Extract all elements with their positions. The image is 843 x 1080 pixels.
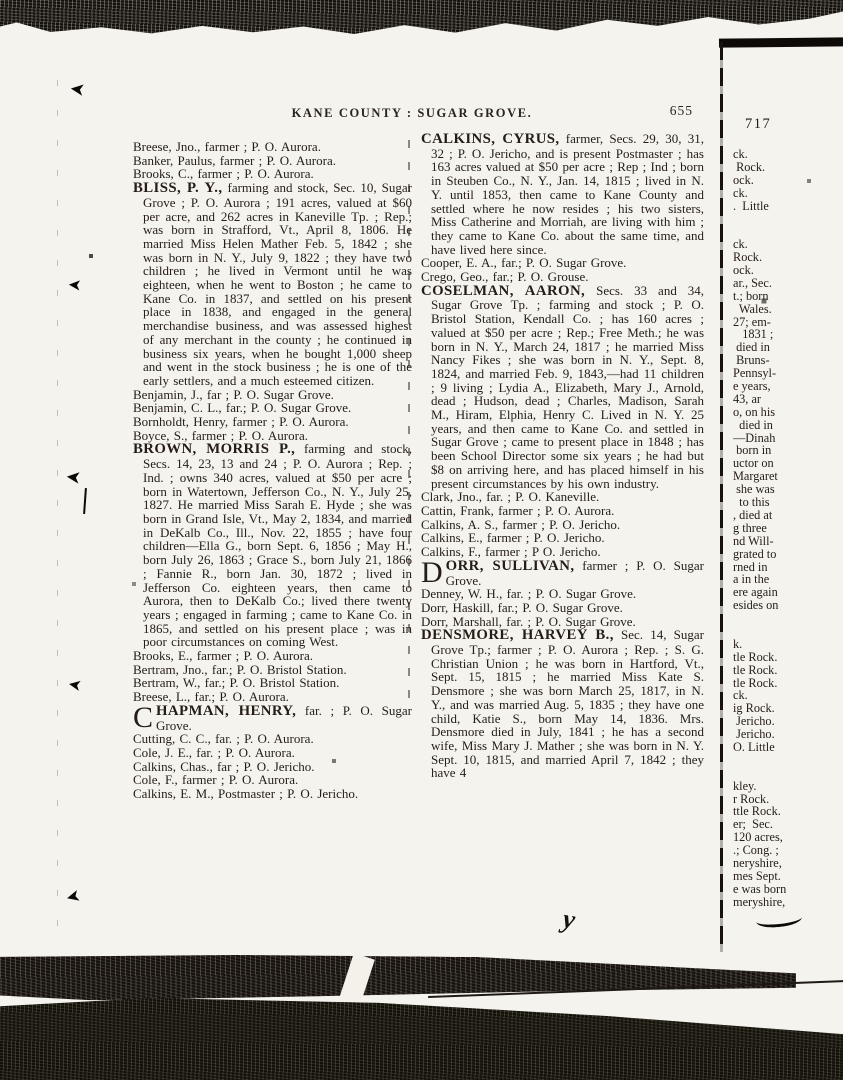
scanned-book-page: KANE COUNTY : SUGAR GROVE. 655 Breese, J… — [0, 0, 843, 1080]
adjacent-page-text-fragment: Wales. — [733, 303, 839, 316]
adjacent-page-text-fragment: e years, — [733, 380, 839, 393]
adjacent-page-text-fragment — [733, 767, 839, 780]
adjacent-page-column: ck. Rock.ock.ck.. Little ck.Rock.ock.ar.… — [733, 148, 839, 909]
adjacent-page-text-fragment: ck. — [733, 187, 839, 200]
adjacent-page-text-fragment: er; Sec. — [733, 818, 839, 831]
entry-text: Secs. 33 and 34, Sugar Grove Tp. ; farmi… — [431, 283, 704, 491]
adjacent-page-text-fragment: Bruns- — [733, 354, 839, 367]
biography-entry: CHAPMAN, HENRY, far. ; P. O. Sugar Grove… — [133, 704, 412, 732]
entry-name: HAPMAN, HENRY, — [156, 703, 296, 719]
adjacent-page-text-fragment — [733, 625, 839, 638]
entry-name: BROWN, MORRIS P., — [133, 441, 295, 457]
directory-entry: Benjamin, C. L., far.; P. O. Sugar Grove… — [133, 401, 412, 415]
adjacent-page-text-fragment: Pennsyl- — [733, 367, 839, 380]
entry-text: Sec. 14, Sugar Grove Tp.; farmer ; P. O.… — [431, 627, 704, 780]
adjacent-page-text-fragment: ck. — [733, 689, 839, 702]
directory-entry: Cooper, E. A., far.; P. O. Sugar Grove. — [421, 256, 704, 270]
adjacent-page-text-fragment: . Little — [733, 200, 839, 213]
adjacent-page-text-fragment: .; Cong. ; — [733, 844, 839, 857]
directory-entry: Calkins, F., farmer ; P O. Jericho. — [421, 545, 704, 559]
adjacent-page-text-fragment: r Rock. — [733, 793, 839, 806]
adjacent-page-text-fragment: born in — [733, 444, 839, 457]
adjacent-page-text-fragment: a in the — [733, 573, 839, 586]
adjacent-page-text-fragment: 1831 ; — [733, 328, 839, 341]
adjacent-page-text-fragment: Jericho. — [733, 728, 839, 741]
adjacent-page-top-border — [719, 37, 843, 47]
entry-text: farming and stock, Sec. 10, Sugar Grove … — [143, 180, 412, 388]
adjacent-page-text-fragment: Rock. — [733, 161, 839, 174]
directory-entry: Clark, Jno., far. ; P. O. Kaneville. — [421, 490, 704, 504]
adjacent-page-text-fragment: ar., Sec. — [733, 277, 839, 290]
directory-entry: Breese, Jno., farmer ; P. O. Aurora. — [133, 140, 412, 154]
adjacent-page-text-fragment — [733, 212, 839, 225]
adjacent-page-text-fragment: kley. — [733, 780, 839, 793]
ink-mark-tail — [83, 488, 87, 514]
ink-mark-icon: ➤ — [64, 887, 82, 907]
entry-name: COSELMAN, AARON, — [421, 283, 585, 299]
directory-entry: Brooks, C., farmer ; P. O. Aurora. — [133, 167, 412, 181]
directory-entry: Cattin, Frank, farmer ; P. O. Aurora. — [421, 504, 704, 518]
entry-text: farmer, Secs. 29, 30, 31, 32 ; P. O. Jer… — [431, 131, 704, 257]
adjacent-page-text-fragment: Jericho. — [733, 715, 839, 728]
biography-entry: COSELMAN, AARON, Secs. 33 and 34, Sugar … — [421, 284, 704, 491]
adjacent-page-text-fragment: nd Will- — [733, 535, 839, 548]
ink-mark-icon: ➤ — [65, 467, 82, 486]
directory-entry: Calkins, E., farmer ; P. O. Jericho. — [421, 531, 704, 545]
adjacent-page-text-fragment: ck. — [733, 148, 839, 161]
adjacent-page-text-fragment: k. — [733, 638, 839, 651]
adjacent-page-text-fragment: Margaret — [733, 470, 839, 483]
directory-entry: Denney, W. H., far. ; P. O. Sugar Grove. — [421, 587, 704, 601]
directory-entry: Cole, F., farmer ; P. O. Aurora. — [133, 773, 412, 787]
directory-entry: Banker, Paulus, farmer ; P. O. Aurora. — [133, 154, 412, 168]
directory-entry: Cutting, C. C., far. ; P. O. Aurora. — [133, 732, 412, 746]
adjacent-page-text-fragment: rned in — [733, 561, 839, 574]
pen-stroke-mark-icon: y — [561, 905, 577, 934]
running-title: KANE COUNTY : SUGAR GROVE. — [292, 106, 533, 120]
adjacent-page-text-fragment: ttle Rock. — [733, 805, 839, 818]
binding-gutter-shadow — [57, 80, 58, 940]
adjacent-page-number: 717 — [745, 116, 771, 133]
adjacent-page-text-fragment: e was born — [733, 883, 839, 896]
adjacent-page-text-fragment: 43, ar — [733, 393, 839, 406]
adjacent-page-text-fragment — [733, 754, 839, 767]
adjacent-page-text-fragment: g three — [733, 522, 839, 535]
adjacent-page-text-fragment: —Dinah — [733, 432, 839, 445]
page-header: KANE COUNTY : SUGAR GROVE. 655 — [133, 104, 691, 122]
adjacent-page-text-fragment: ock. — [733, 174, 839, 187]
adjacent-page-text-fragment: tle Rock. — [733, 664, 839, 677]
directory-entry: Dorr, Haskill, far.; P. O. Sugar Grove. — [421, 601, 704, 615]
adjacent-page-text-fragment: 120 acres, — [733, 831, 839, 844]
directory-entry: Dorr, Marshall, far. ; P. O. Sugar Grove… — [421, 615, 704, 629]
directory-entry: Cole, J. E., far. ; P. O. Aurora. — [133, 746, 412, 760]
entry-name: BLISS, P. Y., — [133, 180, 222, 196]
ink-swoosh-mark-icon — [755, 910, 802, 930]
adjacent-page-text-fragment: to this — [733, 496, 839, 509]
biography-entry: BLISS, P. Y., farming and stock, Sec. 10… — [133, 181, 412, 388]
directory-entry: Breese, L., far.; P. O. Aurora. — [133, 690, 412, 704]
adjacent-page-text-fragment: t.; born — [733, 290, 839, 303]
adjacent-page-text-fragment: died in — [733, 341, 839, 354]
adjacent-page-text-fragment: grated to — [733, 548, 839, 561]
adjacent-page-text-fragment: , died at — [733, 509, 839, 522]
adjacent-page-text-fragment: died in — [733, 419, 839, 432]
adjacent-page-text-fragment: o, on his — [733, 406, 839, 419]
adjacent-page-text-fragment: tle Rock. — [733, 677, 839, 690]
adjacent-page-text-fragment: esides on — [733, 599, 839, 612]
adjacent-page-text-fragment: O. Little — [733, 741, 839, 754]
adjacent-page-text-fragment: neryshire, — [733, 857, 839, 870]
directory-entry: Boyce, S., farmer ; P. O. Aurora. — [133, 429, 412, 443]
adjacent-page-text-fragment: tle Rock. — [733, 651, 839, 664]
directory-entry: Benjamin, J., far ; P. O. Sugar Grove. — [133, 388, 412, 402]
adjacent-page-text-fragment: meryshire, — [733, 896, 839, 909]
drop-cap-initial: C — [133, 704, 156, 730]
biography-entry: DENSMORE, HARVEY B., Sec. 14, Sugar Grov… — [421, 628, 704, 780]
directory-entry: Bornholdt, Henry, farmer ; P. O. Aurora. — [133, 415, 412, 429]
entry-name: ORR, SULLIVAN, — [446, 558, 575, 574]
adjacent-page-text-fragment: Rock. — [733, 251, 839, 264]
biography-entry: BROWN, MORRIS P., farming and stock, Sec… — [133, 442, 412, 649]
directory-entry: Calkins, E. M., Postmaster ; P. O. Jeric… — [133, 787, 412, 801]
scan-top-edge-artifact — [0, 0, 843, 34]
directory-entry: Bertram, W., far.; P. O. Bristol Station… — [133, 676, 412, 690]
adjacent-page-text-fragment: uctor on — [733, 457, 839, 470]
ink-mark-icon: ➤ — [67, 278, 81, 295]
page-number: 655 — [670, 103, 693, 119]
page-edge-line — [720, 42, 723, 952]
right-column: CALKINS, CYRUS, farmer, Secs. 29, 30, 31… — [421, 132, 704, 780]
entry-name: CALKINS, CYRUS, — [421, 131, 560, 147]
drop-cap-initial: D — [421, 559, 446, 585]
ink-mark-icon: ➤ — [69, 79, 86, 99]
adjacent-page-text-fragment: ere again — [733, 586, 839, 599]
left-column: Breese, Jno., farmer ; P. O. Aurora.Bank… — [133, 140, 412, 801]
biography-entry: DORR, SULLIVAN, farmer ; P. O. Sugar Gro… — [421, 559, 704, 587]
directory-entry: Crego, Geo., far.; P. O. Grouse. — [421, 270, 704, 284]
biography-entry: CALKINS, CYRUS, farmer, Secs. 29, 30, 31… — [421, 132, 704, 256]
adjacent-page-text-fragment: mes Sept. — [733, 870, 839, 883]
adjacent-page-text-fragment: ck. — [733, 238, 839, 251]
adjacent-page-text-fragment — [733, 225, 839, 238]
adjacent-page-text-fragment: 27; em- — [733, 316, 839, 329]
scan-bottom-edge-artifact — [0, 998, 843, 1080]
ink-mark-icon: ➤ — [67, 677, 83, 695]
directory-entry: Brooks, E., farmer ; P. O. Aurora. — [133, 649, 412, 663]
directory-entry: Calkins, Chas., far ; P. O. Jericho. — [133, 760, 412, 774]
adjacent-page-text-fragment: she was — [733, 483, 839, 496]
adjacent-page-text-fragment: ock. — [733, 264, 839, 277]
directory-entry: Calkins, A. S., farmer ; P. O. Jericho. — [421, 518, 704, 532]
entry-name: DENSMORE, HARVEY B., — [421, 627, 614, 643]
adjacent-page-text-fragment: ig Rock. — [733, 702, 839, 715]
adjacent-page-text-fragment — [733, 612, 839, 625]
directory-entry: Bertram, Jno., far.; P. O. Bristol Stati… — [133, 663, 412, 677]
entry-text: farming and stock, Secs. 14, 23, 13 and … — [143, 441, 412, 649]
